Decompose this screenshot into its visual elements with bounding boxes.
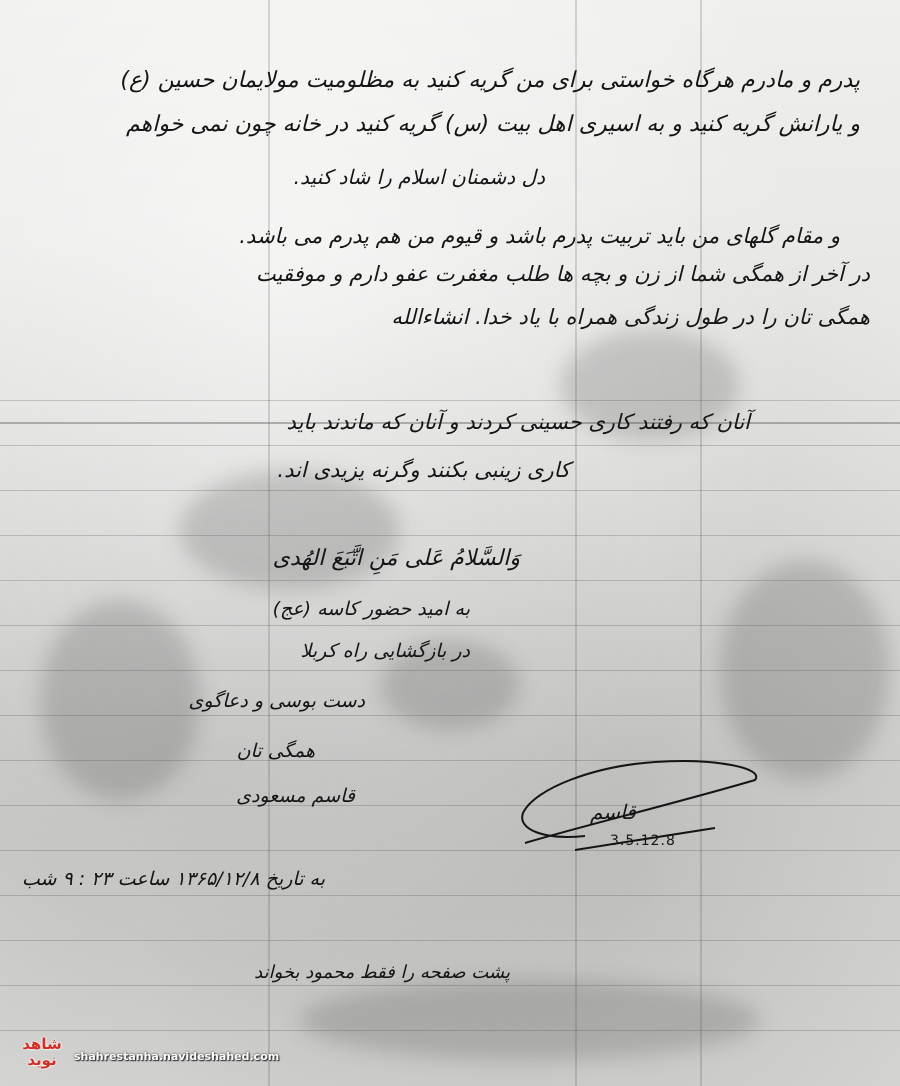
signature-name: قاسم bbox=[590, 800, 636, 824]
letter-line: کاری زینبی بکنند وگرنه یزیدی اند. bbox=[277, 458, 570, 482]
letter-line: در بازگشایی راه کربلا bbox=[301, 640, 470, 662]
grime-stain bbox=[300, 980, 760, 1060]
ruled-line bbox=[0, 895, 900, 896]
fold-crease bbox=[700, 0, 702, 1086]
letter-line: و مقام گلهای من باید تربیت پدرم باشد و ق… bbox=[239, 224, 840, 248]
ruled-line bbox=[0, 940, 900, 941]
ruled-line bbox=[0, 1030, 900, 1031]
grime-stain bbox=[40, 600, 200, 800]
letter-line: به امید حضور کاسه (عج) bbox=[273, 598, 470, 620]
author-name: قاسم مسعودی bbox=[236, 785, 355, 807]
letter-line: در آخر از همگی شما از زن و بچه ها طلب مغ… bbox=[256, 262, 870, 286]
navideshahed-logo: شاهد نوید bbox=[12, 1036, 72, 1076]
fold-crease bbox=[268, 0, 270, 1086]
watermark-url: shahrestanha.navideshahed.com bbox=[74, 1050, 279, 1063]
logo-text-top: شاهد bbox=[12, 1036, 72, 1052]
ruled-line bbox=[0, 445, 900, 446]
fold-crease bbox=[575, 0, 577, 1086]
back-page-note: پشت صفحه را فقط محمود بخواند bbox=[254, 962, 510, 983]
ruled-line bbox=[0, 400, 900, 401]
closing-salutation: وَالسَّلامُ عَلی مَنِ اتَّبَعَ الهُدی bbox=[273, 546, 520, 571]
letter-line: دل دشمنان اسلام را شاد کنید. bbox=[294, 165, 545, 189]
letter-line: همگی تان را در طول زندگی همراه با یاد خد… bbox=[391, 305, 870, 329]
signature-date: 3.5.12.8 bbox=[610, 833, 676, 849]
ruled-line bbox=[0, 535, 900, 536]
date-line: به تاریخ ۱۳۶۵/۱۲/۸ ساعت ۲۳ : ۹ شب bbox=[22, 868, 325, 890]
letter-line: و یارانش گریه کنید و به اسیری اهل بیت (س… bbox=[126, 112, 860, 137]
ruled-line bbox=[0, 670, 900, 671]
logo-text-bottom: نوید bbox=[12, 1052, 72, 1068]
grime-stain bbox=[180, 470, 400, 590]
watermark: شاهد نوید shahrestanha.navideshahed.com bbox=[12, 1036, 279, 1076]
scanned-letter: پدرم و مادرم هرگاه خواستی برای من گریه ک… bbox=[0, 0, 900, 1086]
ruled-line bbox=[0, 985, 900, 986]
sign-off-line: همگی تان bbox=[237, 740, 315, 762]
letter-line: آنان که رفتند کاری حسینی کردند و آنان که… bbox=[287, 410, 750, 434]
sign-off-line: دست بوسی و دعاگوی bbox=[188, 690, 365, 712]
ruled-line bbox=[0, 625, 900, 626]
ruled-line bbox=[0, 715, 900, 716]
ruled-line bbox=[0, 580, 900, 581]
letter-line: پدرم و مادرم هرگاه خواستی برای من گریه ک… bbox=[120, 68, 860, 93]
ruled-line bbox=[0, 850, 900, 851]
ruled-line bbox=[0, 760, 900, 761]
ruled-line bbox=[0, 490, 900, 491]
ruled-line bbox=[0, 805, 900, 806]
